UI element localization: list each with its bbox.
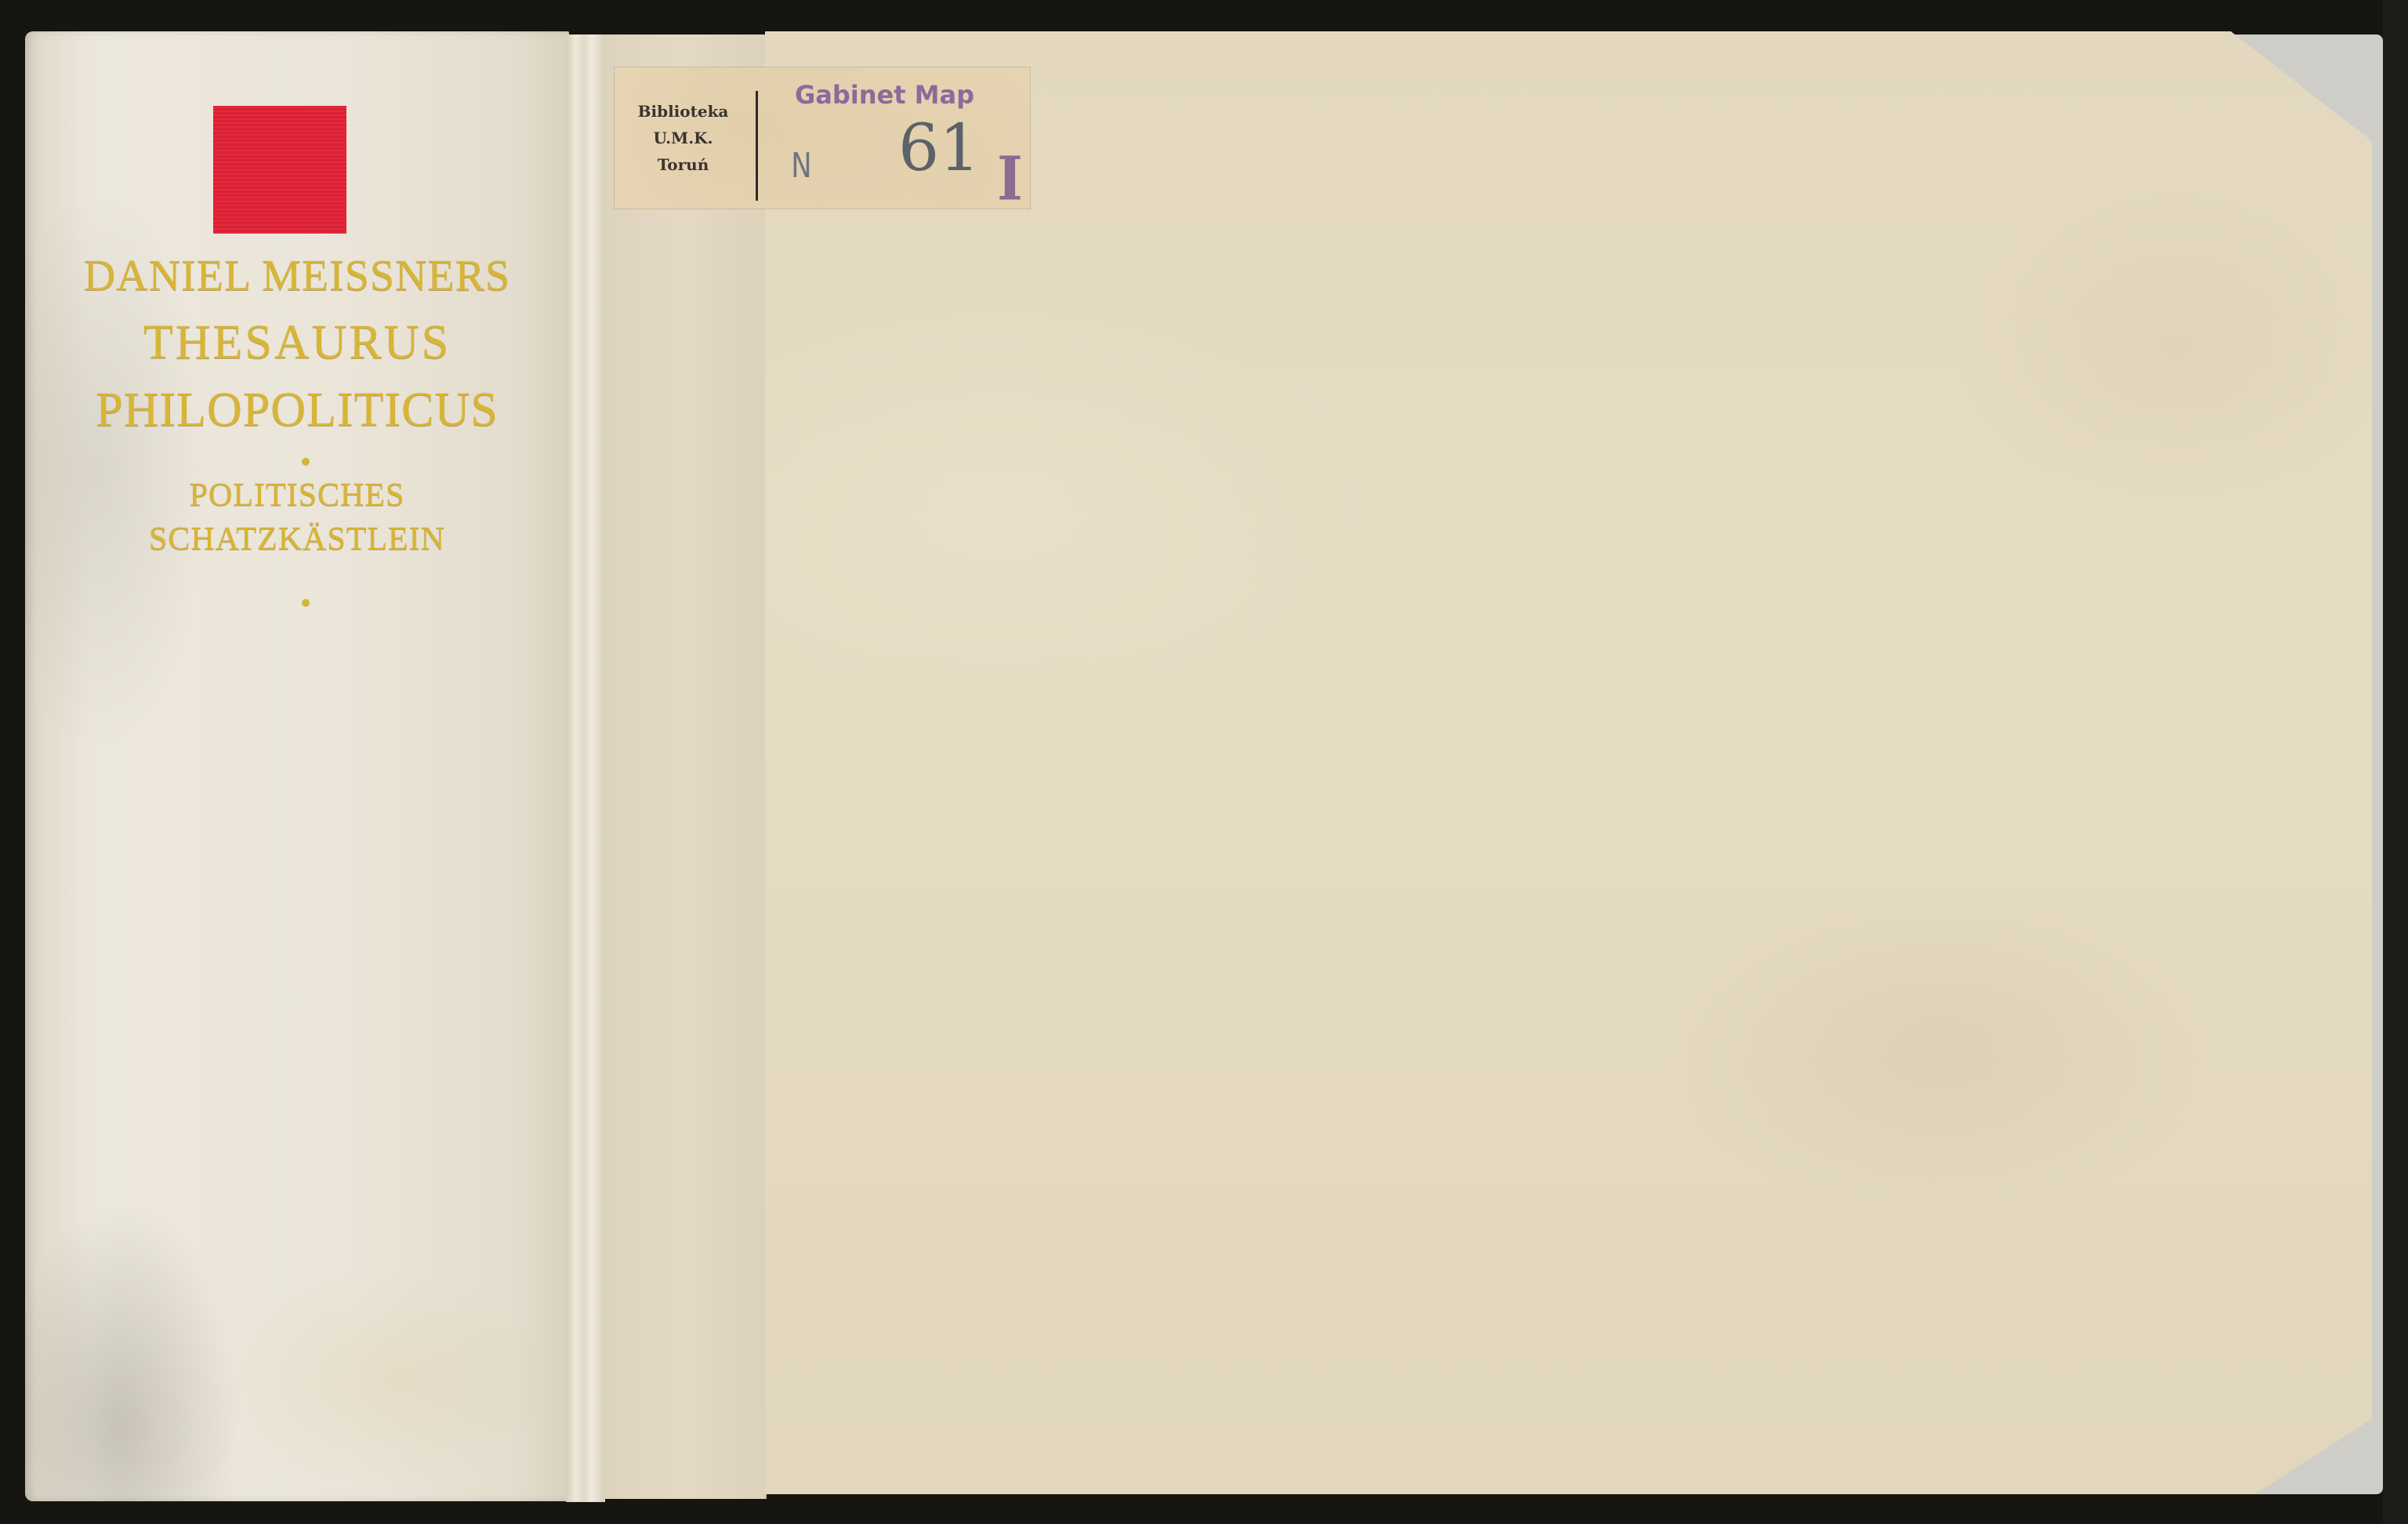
library-shelf-label: Biblioteka U.M.K. Toruń Gabinet Map N 61… bbox=[615, 67, 1030, 209]
collection-stamp: Gabinet Map bbox=[795, 80, 974, 110]
spine-title-line-3: PHILOPOLITICUS bbox=[25, 383, 569, 438]
hinge-ridge bbox=[566, 34, 605, 1502]
spine-title-line-2: THESAURUS bbox=[25, 315, 569, 371]
shelfmark-volume: I bbox=[997, 143, 1023, 214]
hinge-strip bbox=[605, 34, 767, 1499]
label-divider bbox=[756, 91, 758, 201]
shelfmark-number: 61 bbox=[898, 111, 980, 186]
spine-ornament-dot-icon bbox=[302, 599, 310, 607]
library-name-line: U.M.K. bbox=[653, 129, 713, 147]
spine-ornament-dot-icon bbox=[302, 458, 310, 466]
spine-subtitle-line-2: SCHATZKÄSTLEIN bbox=[25, 521, 569, 558]
library-name-line: Toruń bbox=[658, 155, 709, 174]
red-spine-tag bbox=[213, 106, 346, 234]
front-cover bbox=[765, 31, 2383, 1494]
spine-subtitle-line-1: POLITISCHES bbox=[25, 477, 569, 514]
book-binding: DANIEL MEISSNERS THESAURUS PHILOPOLITICU… bbox=[0, 0, 2408, 1524]
library-name-line: Biblioteka bbox=[638, 102, 729, 121]
spine-title-author: DANIEL MEISSNERS bbox=[25, 251, 569, 301]
library-name-block: Biblioteka U.M.K. Toruń bbox=[615, 67, 752, 209]
shelfmark-letter: N bbox=[791, 146, 811, 186]
